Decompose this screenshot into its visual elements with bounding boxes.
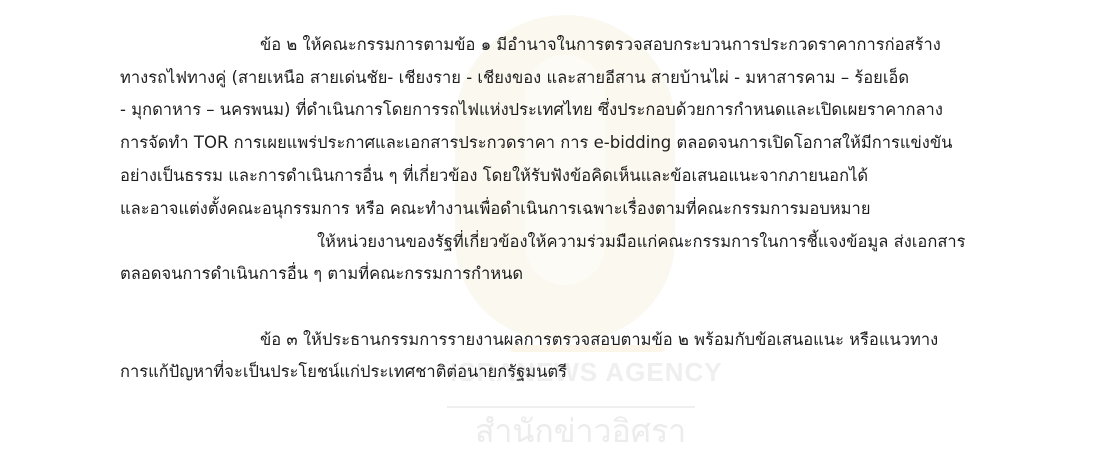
clause-2-line-3: - มุกดาหาร – นครพนม) ที่ดำเนินการโดยการร… xyxy=(120,99,943,121)
document-page: ข้อ ๒ ให้คณะกรรมการตามข้อ ๑ มีอำนาจในการ… xyxy=(0,0,1116,461)
clause-2-line-4: การจัดทำ TOR การเผยแพร่ประกาศและเอกสารปร… xyxy=(120,132,952,154)
clause-2-line-5: อย่างเป็นธรรม และการดำเนินการอื่น ๆ ที่เ… xyxy=(120,165,868,187)
clause-2-para-2-line-1: ให้หน่วยงานของรัฐที่เกี่ยวข้องให้ความร่ว… xyxy=(317,231,966,253)
clause-3-line-2: การแก้ปัญหาที่จะเป็นประโยชน์แก่ประเทศชาต… xyxy=(120,361,567,383)
clause-2-line-2: ทางรถไฟทางคู่ (สายเหนือ สายเด่นชัย- เชีย… xyxy=(120,67,909,89)
clause-2-para-2-line-2: ตลอดจนการดำเนินการอื่น ๆ ตามที่คณะกรรมกา… xyxy=(120,263,523,285)
clause-3-line-1: ข้อ ๓ ให้ประธานกรรมการรายงานผลการตรวจสอบ… xyxy=(260,329,938,351)
clause-2-line-1: ข้อ ๒ ให้คณะกรรมการตามข้อ ๑ มีอำนาจในการ… xyxy=(260,34,941,56)
clause-2-line-6: และอาจแต่งตั้งคณะอนุกรรมการ หรือ คณะทำงา… xyxy=(120,198,871,220)
